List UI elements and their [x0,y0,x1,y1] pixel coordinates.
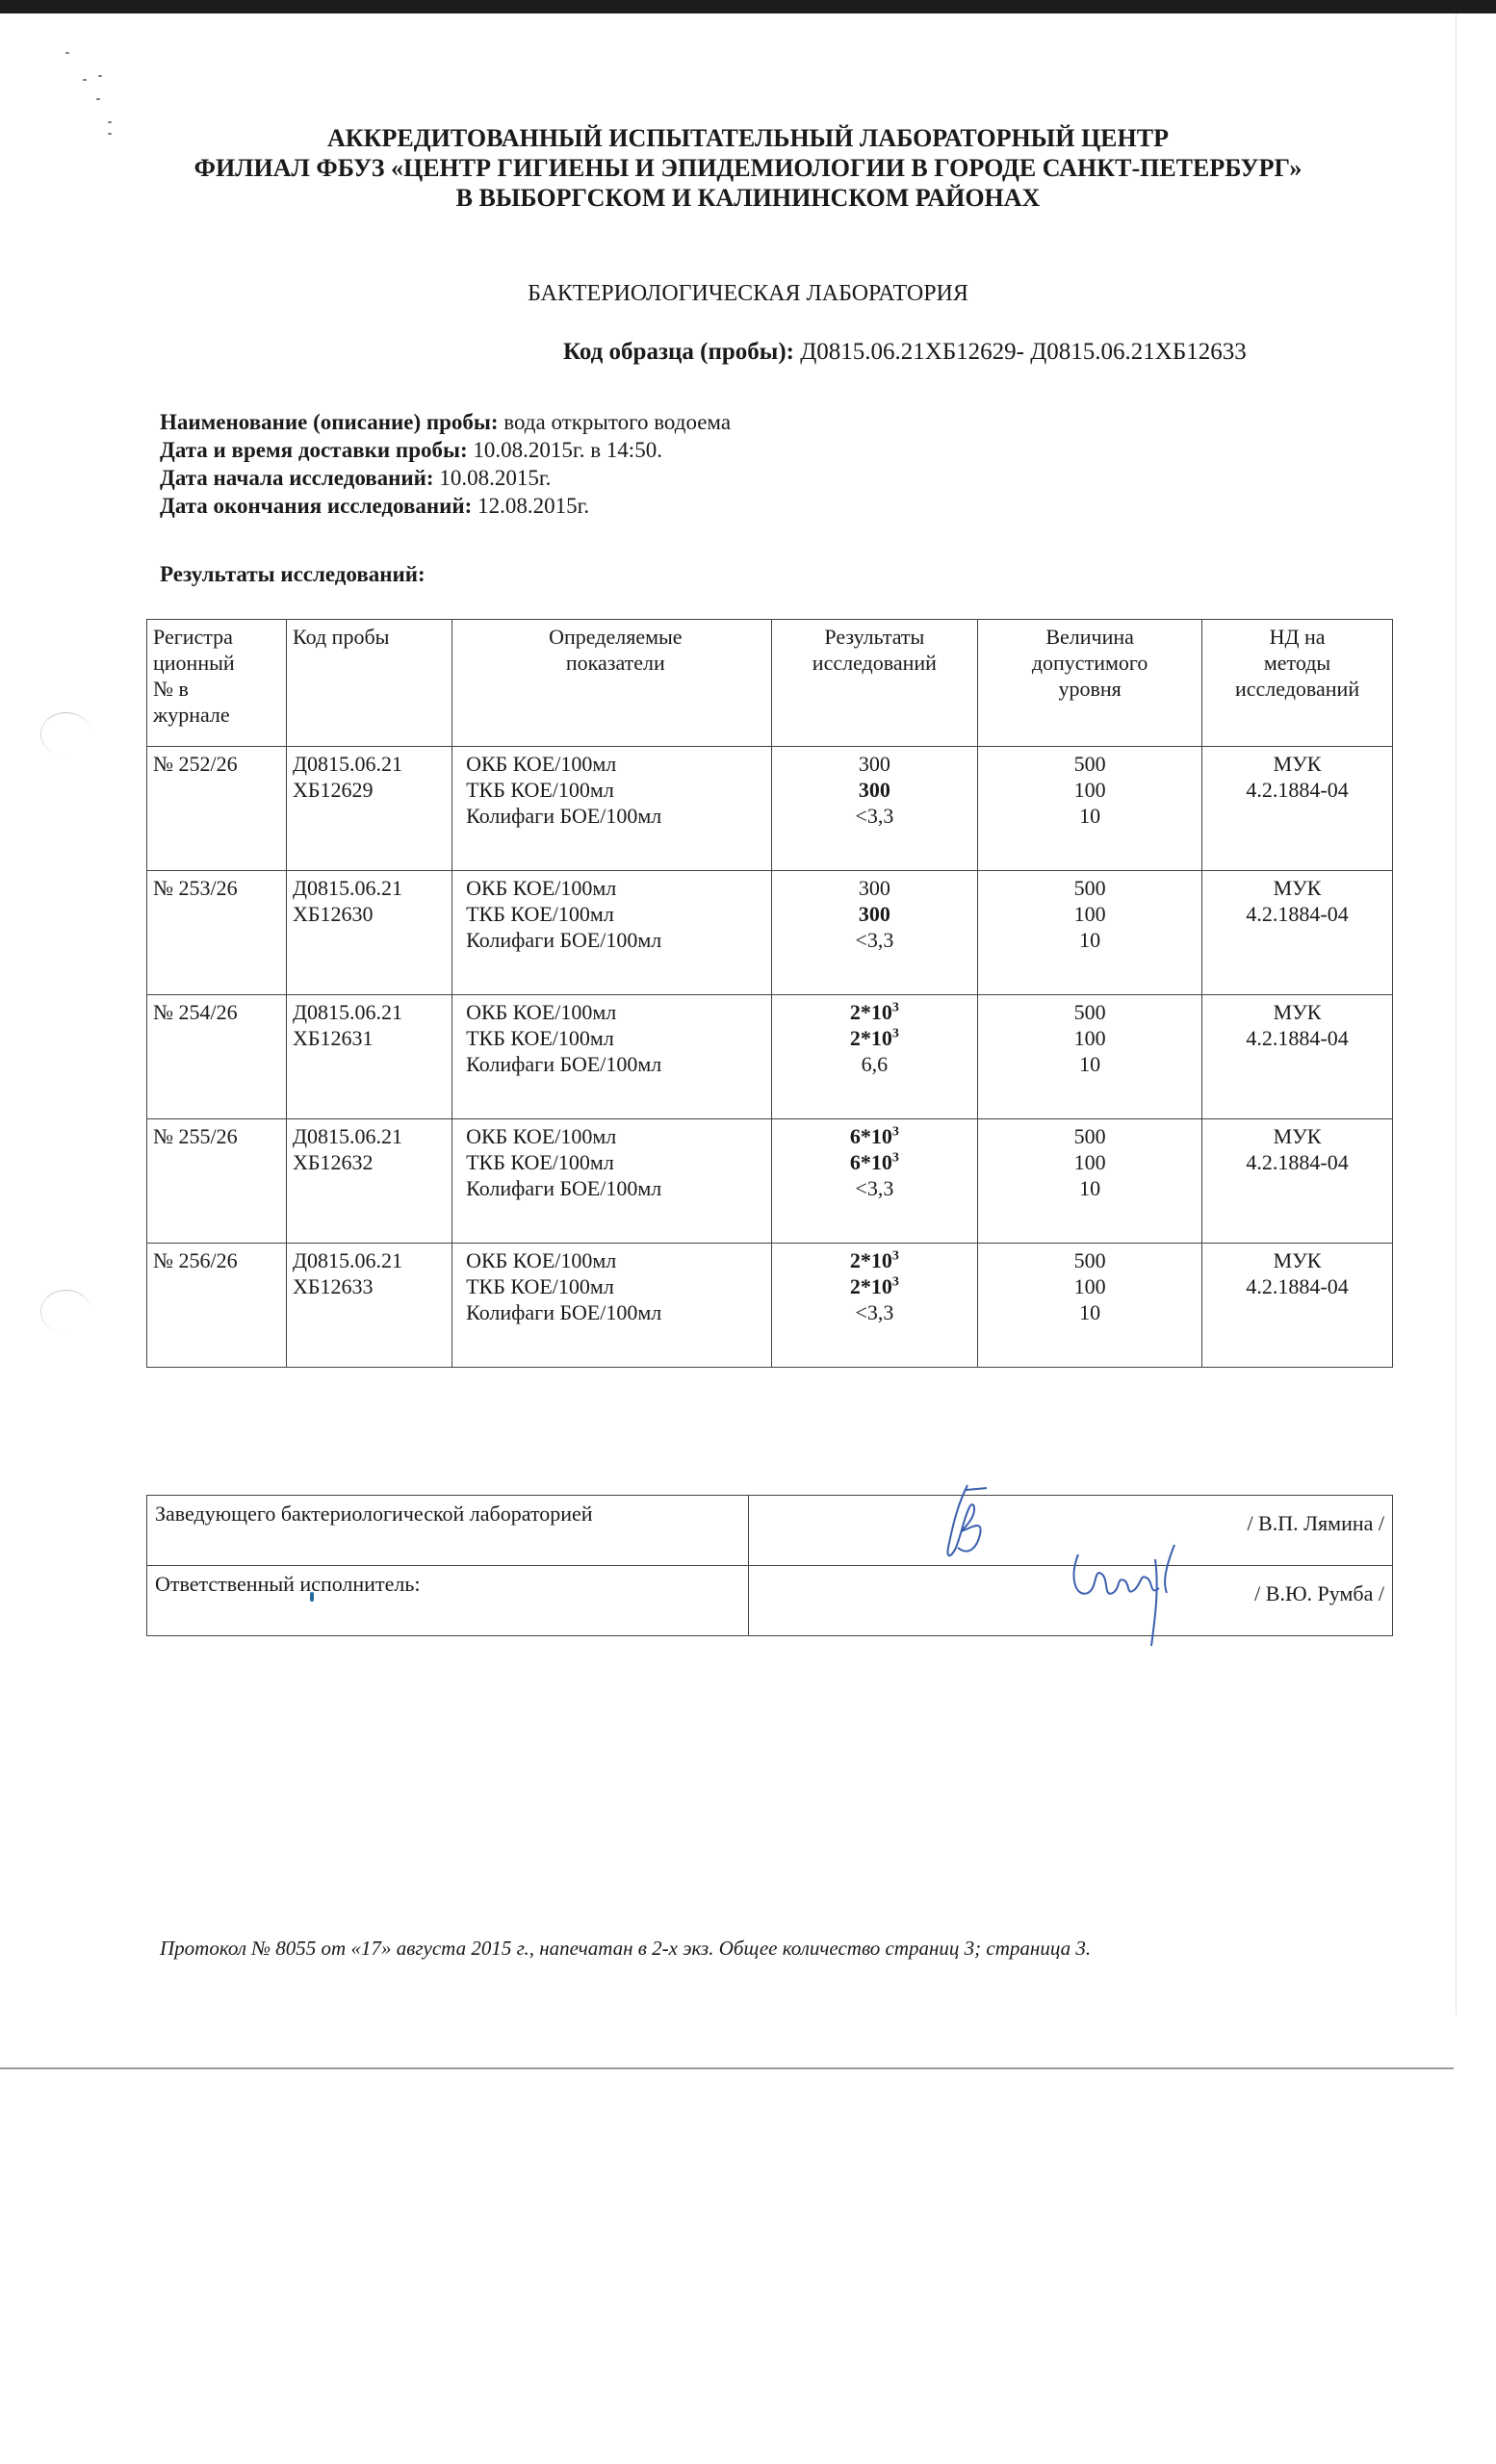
sample-code-cell: Д0815.06.21ХБ12633 [287,1244,452,1368]
result-value: 300 [778,777,972,803]
sample-code-label: Код образца (пробы): [563,339,794,365]
table-row: № 256/26Д0815.06.21ХБ12633ОКБ КОЕ/100млТ… [147,1244,1393,1368]
column-header: Регистрационный№ вжурнале [147,620,287,747]
sample-code-cell: Д0815.06.21ХБ12632 [287,1119,452,1244]
results-cell: 300300<3,3 [771,747,978,871]
indicators-cell: ОКБ КОЕ/100млТКБ КОЕ/100млКолифаги БОЕ/1… [452,747,772,871]
limits-cell: 50010010 [978,871,1202,995]
registration-number: № 253/26 [147,871,287,995]
limits-cell: 50010010 [978,995,1202,1119]
result-value: <3,3 [778,1299,972,1325]
laboratory-title: БАКТЕРИОЛОГИЧЕСКАЯ ЛАБОРАТОРИЯ [0,281,1496,307]
signature-name: / В.П. Лямина / [749,1496,1393,1566]
method-cell: МУК4.2.1884-04 [1202,995,1393,1119]
indicators-cell: ОКБ КОЕ/100млТКБ КОЕ/100млКолифаги БОЕ/1… [452,1244,772,1368]
scan-top-edge [0,0,1496,13]
info-delivery-date: Дата и время доставки пробы: 10.08.2015г… [160,436,731,464]
table-row: № 255/26Д0815.06.21ХБ12632ОКБ КОЕ/100млТ… [147,1119,1393,1244]
column-header: Код пробы [287,620,452,747]
results-title: Результаты исследований: [160,562,426,587]
result-value: 6*103 [778,1149,972,1175]
signature-table: Заведующего бактериологической лаборатор… [146,1495,1393,1636]
header-line-2: ФИЛИАЛ ФБУЗ «ЦЕНТР ГИГИЕНЫ И ЭПИДЕМИОЛОГ… [0,153,1496,183]
result-value: 300 [778,901,972,927]
indicators-cell: ОКБ КОЕ/100млТКБ КОЕ/100млКолифаги БОЕ/1… [452,871,772,995]
registration-number: № 254/26 [147,995,287,1119]
table-row: № 253/26Д0815.06.21ХБ12630ОКБ КОЕ/100млТ… [147,871,1393,995]
registration-number: № 255/26 [147,1119,287,1244]
registration-number: № 256/26 [147,1244,287,1368]
header-line-3: В ВЫБОРГСКОМ И КАЛИНИНСКОМ РАЙОНАХ [0,183,1496,213]
column-header: Определяемыепоказатели [452,620,772,747]
method-cell: МУК4.2.1884-04 [1202,747,1393,871]
column-header: НД наметодыисследований [1202,620,1393,747]
signature-row: Ответственный исполнитель: / В.Ю. Румба … [147,1566,1393,1636]
column-header: Величинадопустимогоуровня [978,620,1202,747]
table-header-row: Регистрационный№ вжурналеКод пробыОпреде… [147,620,1393,747]
signature-role: Ответственный исполнитель: [147,1566,749,1636]
method-cell: МУК4.2.1884-04 [1202,871,1393,995]
result-value: 6*103 [778,1123,972,1149]
result-value: 2*103 [778,1025,972,1051]
sample-code: Код образца (пробы): Д0815.06.21ХБ12629-… [563,339,1247,366]
sample-code-cell: Д0815.06.21ХБ12629 [287,747,452,871]
method-cell: МУК4.2.1884-04 [1202,1119,1393,1244]
sample-info: Наименование (описание) пробы: вода откр… [160,408,731,520]
limits-cell: 50010010 [978,1119,1202,1244]
results-table: Регистрационный№ вжурналеКод пробыОпреде… [146,619,1393,1368]
punch-hole-icon [40,1290,91,1333]
results-cell: 6*1036*103<3,3 [771,1119,978,1244]
header-line-1: АККРЕДИТОВАННЫЙ ИСПЫТАТЕЛЬНЫЙ ЛАБОРАТОРН… [0,123,1496,153]
protocol-footer: Протокол № 8055 от «17» августа 2015 г.,… [160,1937,1091,1961]
result-value: 300 [778,751,972,777]
sample-code-cell: Д0815.06.21ХБ12630 [287,871,452,995]
sample-code-cell: Д0815.06.21ХБ12631 [287,995,452,1119]
result-value: <3,3 [778,1175,972,1201]
ink-mark [310,1592,314,1602]
signature-row: Заведующего бактериологической лаборатор… [147,1496,1393,1566]
sample-code-value: Д0815.06.21ХБ12629- Д0815.06.21ХБ12633 [794,339,1247,365]
indicators-cell: ОКБ КОЕ/100млТКБ КОЕ/100млКолифаги БОЕ/1… [452,995,772,1119]
document-header: АККРЕДИТОВАННЫЙ ИСПЫТАТЕЛЬНЫЙ ЛАБОРАТОРН… [0,123,1496,213]
result-value: 2*103 [778,999,972,1025]
info-sample-name: Наименование (описание) пробы: вода откр… [160,408,731,436]
column-header: Результатыисследований [771,620,978,747]
result-value: 300 [778,875,972,901]
result-value: 2*103 [778,1247,972,1273]
page-bottom-edge [0,2067,1454,2069]
info-end-date: Дата окончания исследований: 12.08.2015г… [160,492,731,520]
result-value: <3,3 [778,803,972,829]
limits-cell: 50010010 [978,747,1202,871]
info-start-date: Дата начала исследований: 10.08.2015г. [160,464,731,492]
table-row: № 252/26Д0815.06.21ХБ12629ОКБ КОЕ/100млТ… [147,747,1393,871]
method-cell: МУК4.2.1884-04 [1202,1244,1393,1368]
registration-number: № 252/26 [147,747,287,871]
result-value: 6,6 [778,1051,972,1077]
limits-cell: 50010010 [978,1244,1202,1368]
indicators-cell: ОКБ КОЕ/100млТКБ КОЕ/100млКолифаги БОЕ/1… [452,1119,772,1244]
result-value: <3,3 [778,927,972,953]
results-cell: 2*1032*1036,6 [771,995,978,1119]
table-row: № 254/26Д0815.06.21ХБ12631ОКБ КОЕ/100млТ… [147,995,1393,1119]
result-value: 2*103 [778,1273,972,1299]
results-cell: 2*1032*103<3,3 [771,1244,978,1368]
scan-right-edge [1456,13,1457,2015]
punch-hole-icon [40,712,91,756]
signature-name: / В.Ю. Румба / [749,1566,1393,1636]
results-cell: 300300<3,3 [771,871,978,995]
signature-role: Заведующего бактериологической лаборатор… [147,1496,749,1566]
